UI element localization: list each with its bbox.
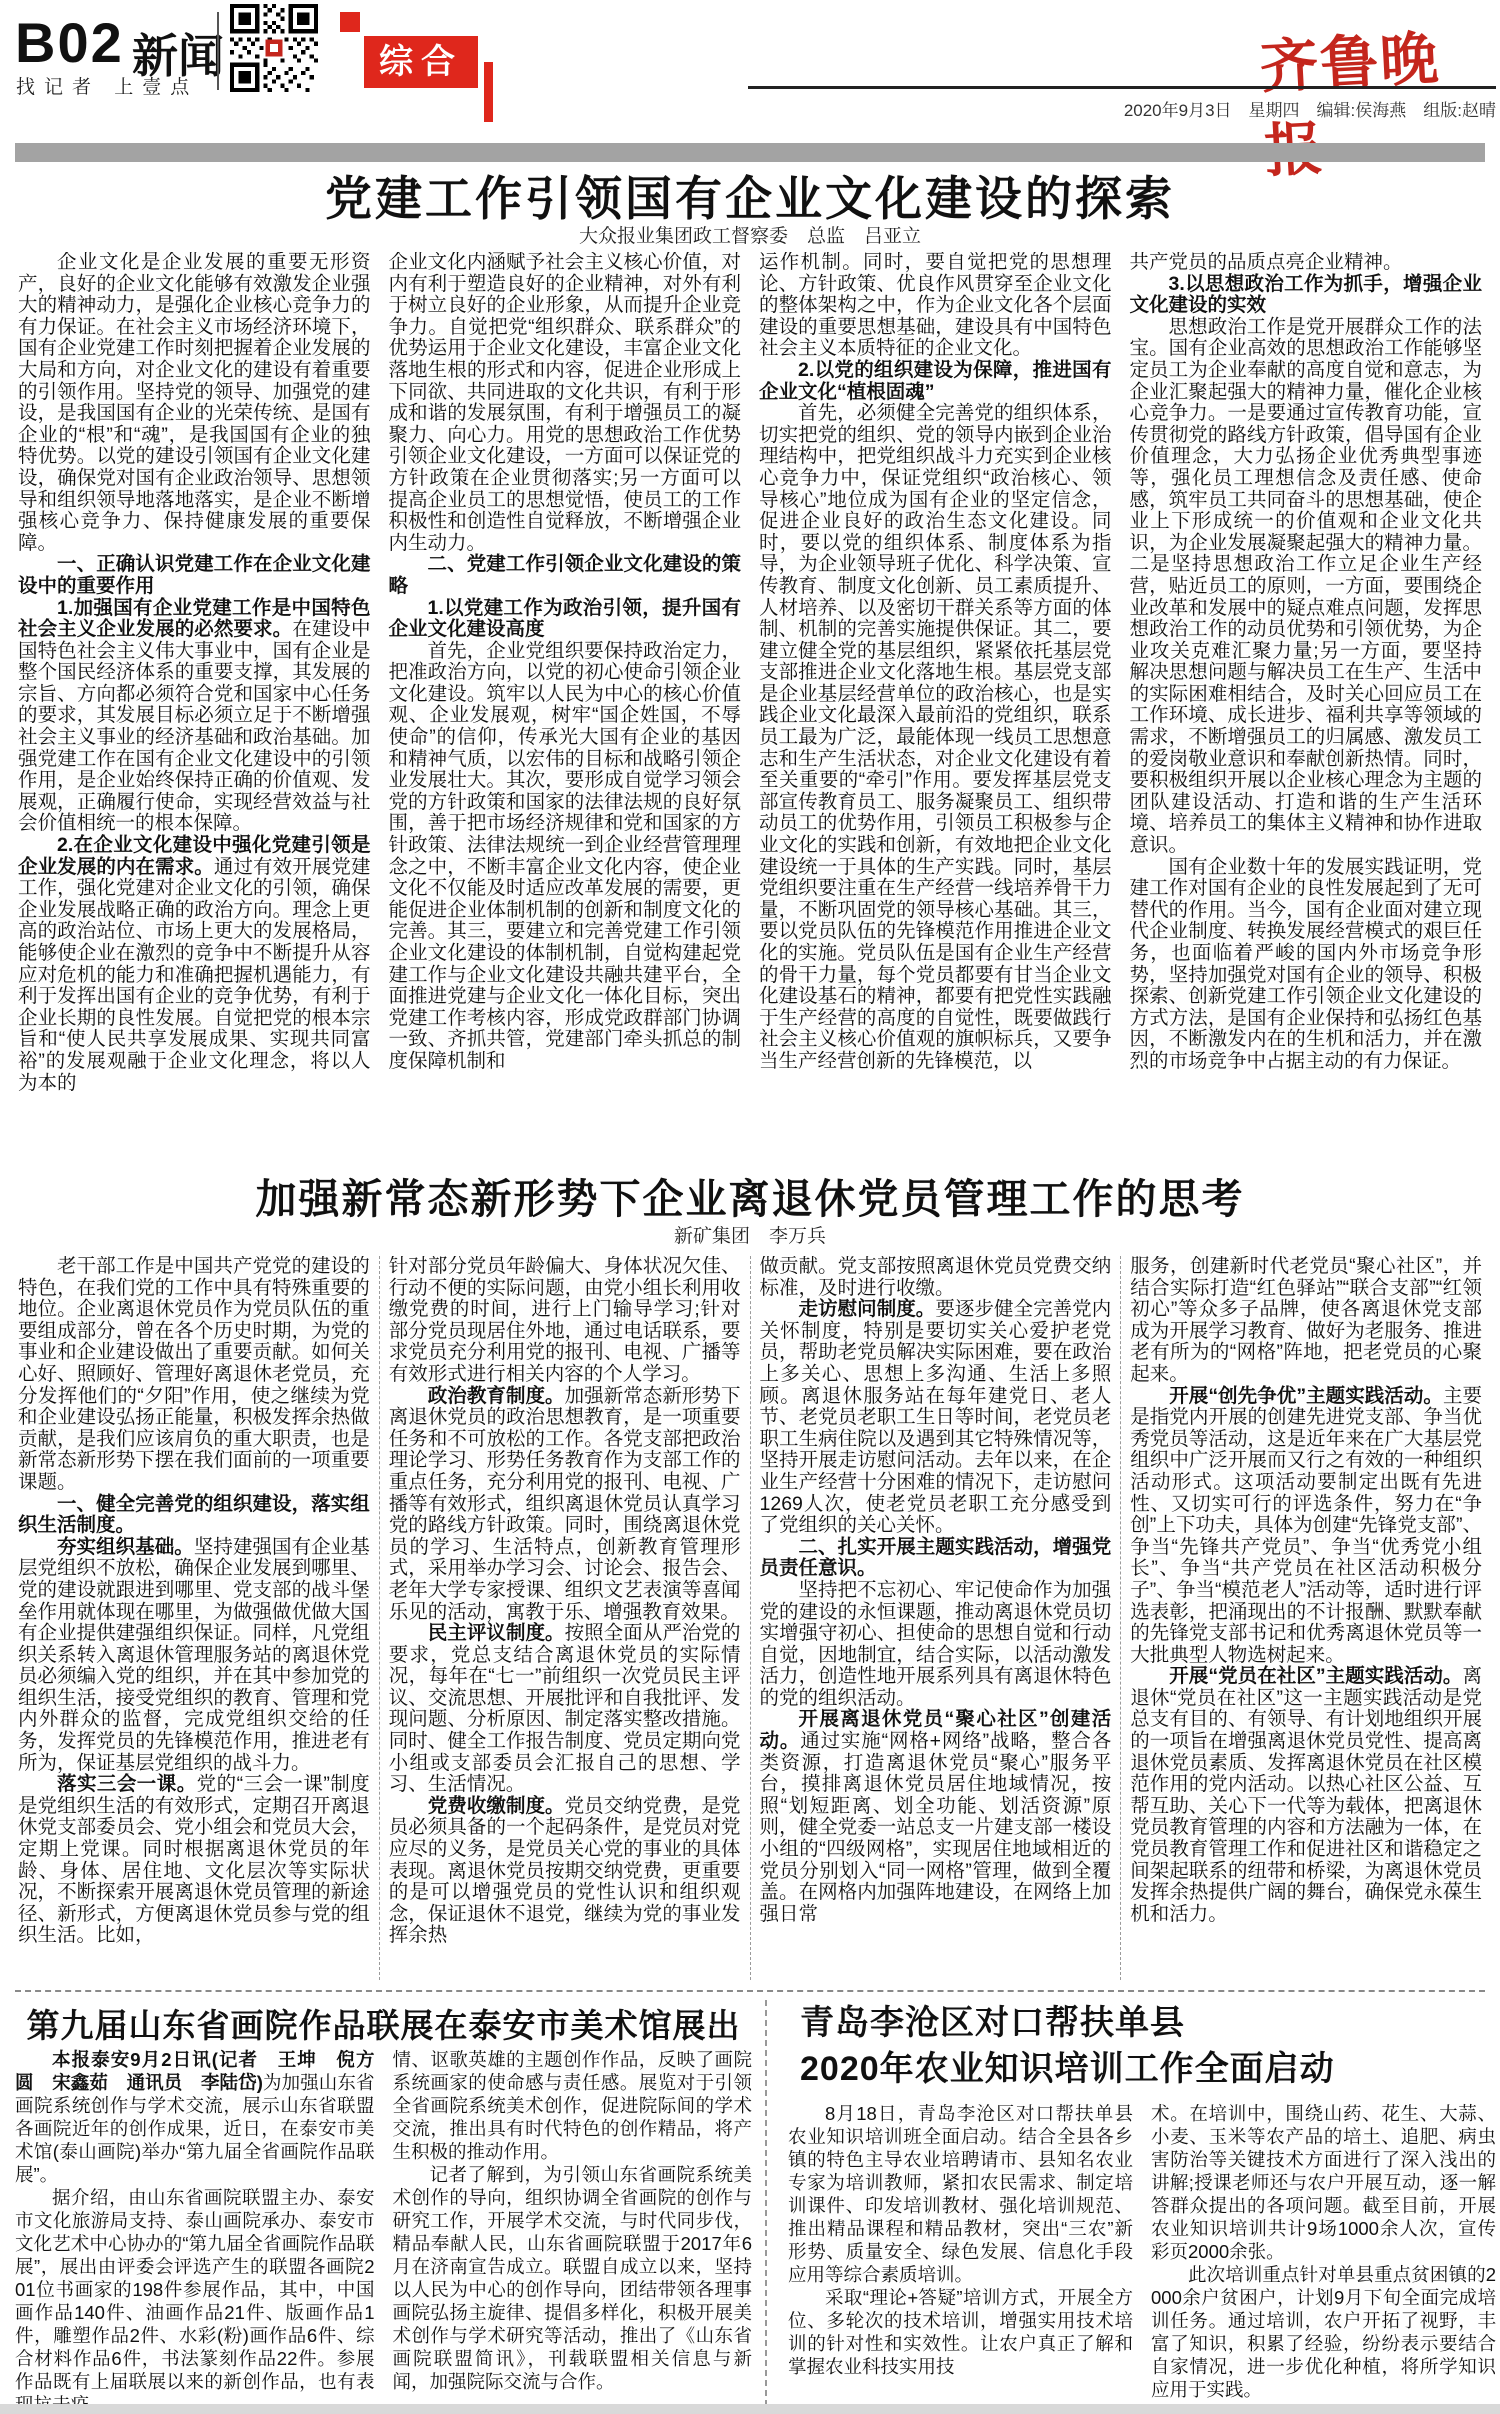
text-column: 做贡献。党支部按照离退休党员党费交纳标准，及时进行收缴。走访慰问制度。要逐步健全… xyxy=(751,1256,1122,1980)
qingdao-title-line2: 2020年农业知识培训工作全面启动 xyxy=(800,2046,1490,2092)
paragraph: 情、讴歌英雄的主题创作作品，反映了画院系统画家的使命感与责任感。展览对于引领全省… xyxy=(393,2048,753,2163)
paragraph: 夯实组织基础。坚持建强国有企业基层党组织不放松，确保企业发展到哪里、党的建设就跟… xyxy=(18,1537,370,1775)
badge-bar-decoration xyxy=(484,62,493,122)
exhibit-article-title: 第九届山东省画院作品联展在泰安市美术馆展出 xyxy=(15,2000,752,2047)
paragraph: 此次培训重点针对单县重点贫困镇的2000余户贫困户，计划9月下旬全面完成培训任务… xyxy=(1151,2263,1496,2401)
paragraph: 老干部工作是中国共产党党的建设的特色，在我们党的工作中具有特殊重要的地位。企业离… xyxy=(18,1256,370,1494)
qingdao-article-title: 青岛李沧区对口帮扶单县 2020年农业知识培训工作全面启动 xyxy=(800,2000,1490,2092)
qr-code-icon xyxy=(230,4,318,92)
paragraph: 据介绍，由山东省画院联盟主办、泰安市文化旅游局支持、泰山画院承办、泰安市文化艺术… xyxy=(15,2186,375,2408)
article1-byline: 大众报业集团政工督察委 总监 吕亚立 xyxy=(0,221,1500,248)
qingdao-article-body: 8月18日，青岛李沧区对口帮扶单县农业知识培训班全面启动。结合全县各乡镇的特色主… xyxy=(788,2102,1496,2406)
section-badge: 综合 xyxy=(364,36,478,88)
paragraph: 走访慰问制度。要逐步健全完善党内关怀制度，特别是要切实关心爱护老党员，帮助老党员… xyxy=(760,1299,1112,1537)
subhead: 一、健全完善党的组织建设，落实组织生活制度。 xyxy=(18,1494,370,1537)
subhead: 2.以党的组织建设为保障，推进国有企业文化“植根固魂” xyxy=(759,360,1112,403)
paragraph: 坚持把不忘初心、牢记使命作为加强党的建设的永恒课题，推动离退休党员切实增强守初心… xyxy=(760,1580,1112,1710)
paragraph: 本报泰安9月2日讯(记者 王坤 倪方圆 宋鑫茹 通讯员 李陆岱)为加强山东省画院… xyxy=(15,2048,375,2186)
paragraph: 共产党员的品质点亮企业精神。 xyxy=(1130,252,1483,274)
paragraph: 记者了解到，为引领山东省画院系统美术创作的导向，组织协调全省画院的创作与研究工作… xyxy=(393,2163,753,2393)
article1-body: 企业文化是企业发展的重要无形资产，良好的企业文化能够有效激发企业强大的精神动力，… xyxy=(18,252,1482,1152)
subhead: 一、正确认识党建工作在企业文化建设中的重要作用 xyxy=(18,554,371,597)
text-column: 8月18日，青岛李沧区对口帮扶单县农业知识培训班全面启动。结合全县各乡镇的特色主… xyxy=(788,2102,1142,2406)
exhibit-article-body: 本报泰安9月2日讯(记者 王坤 倪方圆 宋鑫茹 通讯员 李陆岱)为加强山东省画院… xyxy=(15,2048,752,2408)
paragraph: 民主评议制度。按照全面从严治党的要求，党总支结合离退休党员的实际情况，每年在“七… xyxy=(389,1623,741,1796)
text-column: 企业文化内涵赋予社会主义核心价值，对内有利于塑造良好的企业精神，对外有利于树立良… xyxy=(380,252,751,1152)
text-column: 老干部工作是中国共产党党的建设的特色，在我们党的工作中具有特殊重要的地位。企业离… xyxy=(18,1256,380,1980)
qingdao-title-line1: 青岛李沧区对口帮扶单县 xyxy=(800,2000,1490,2046)
subhead: 二、党建工作引领企业文化建设的策略 xyxy=(389,554,742,597)
text-column: 针对部分党员年龄偏大、身体状况欠佳、行动不便的实际问题，由党小组长利用收缴党费的… xyxy=(380,1256,751,1980)
badge-corner-decoration xyxy=(340,12,360,32)
paragraph: 国有企业数十年的发展实践证明，党建工作对国有企业的良性发展起到了无可替代的作用。… xyxy=(1130,857,1483,1073)
subhead: 二、扎实开展主题实践活动，增强党员责任意识。 xyxy=(760,1537,1112,1580)
paragraph: 首先，企业党组织要保持政治定力，把准政治方向，以党的初心使命引领企业文化建设。筑… xyxy=(389,641,742,1073)
newspaper-page: B02 新闻 xyxy=(0,0,1500,2414)
text-column: 运作机制。同时，要自觉把党的思想理论、方针政策、优良作风贯穿至企业文化的整体架构… xyxy=(750,252,1121,1152)
dateline: 2020年9月3日 星期四 编辑:侯海燕 组版:赵晴 xyxy=(860,96,1496,121)
text-column: 情、讴歌英雄的主题创作作品，反映了画院系统画家的使命感与责任感。展览对于引领全省… xyxy=(384,2048,753,2408)
paragraph: 思想政治工作是党开展群众工作的法宝。国有企业高效的思想政治工作能够坚定员工为企业… xyxy=(1130,317,1483,857)
subhead: 1.以党建工作为政治引领，提升国有企业文化建设高度 xyxy=(389,598,742,641)
dashed-vertical-divider xyxy=(765,2000,767,2406)
paragraph: 运作机制。同时，要自觉把党的思想理论、方针政策、优良作风贯穿至企业文化的整体架构… xyxy=(759,252,1112,360)
text-column: 共产党员的品质点亮企业精神。3.以思想政治工作为抓手，增强企业文化建设的实效思想… xyxy=(1121,252,1483,1152)
paragraph: 开展离退休党员“聚心社区”创建活动。通过实施“网格+网络”战略，整合各类资源，打… xyxy=(760,1709,1112,1925)
paragraph: 术。在培训中，围绕山药、花生、大蒜、小麦、玉米等农产品的培土、追肥、病虫害防治等… xyxy=(1151,2102,1496,2263)
paragraph: 1.加强国有企业党建工作是中国特色社会主义企业发展的必然要求。在建设中国特色社会… xyxy=(18,598,371,836)
article2-byline: 新矿集团 李万兵 xyxy=(0,1221,1500,1248)
article2-title: 加强新常态新形势下企业离退休党员管理工作的思考 xyxy=(0,1166,1500,1225)
dashed-horizontal-divider xyxy=(15,1990,1485,1992)
paragraph: 服务，创建新时代老党员“聚心社区”，并结合实际打造“红色驿站”“联合支部”“红领… xyxy=(1130,1256,1482,1386)
article2-body: 老干部工作是中国共产党党的建设的特色，在我们党的工作中具有特殊重要的地位。企业离… xyxy=(18,1256,1482,1980)
paragraph: 党费收缴制度。党员交纳党费，是党员必须具备的一个起码条件，是党员对党应尽的义务，… xyxy=(389,1796,741,1947)
text-column: 服务，创建新时代老党员“聚心社区”，并结合实际打造“红色驿站”“联合支部”“红领… xyxy=(1121,1256,1482,1980)
gray-separator-bar xyxy=(15,143,1485,162)
text-column: 术。在培训中，围绕山药、花生、大蒜、小麦、玉米等农产品的培土、追肥、病虫害防治等… xyxy=(1142,2102,1496,2406)
paragraph: 针对部分党员年龄偏大、身体状况欠佳、行动不便的实际问题，由党小组长利用收缴党费的… xyxy=(389,1256,741,1386)
page-bottom-edge xyxy=(0,2404,1500,2414)
qr-code-svg xyxy=(230,4,318,92)
header-rule xyxy=(748,86,1496,89)
page-code: B02 xyxy=(15,10,124,75)
tagline: 找记者 上壹点 xyxy=(16,72,198,99)
subhead: 3.以思想政治工作为抓手，增强企业文化建设的实效 xyxy=(1130,274,1483,317)
paragraph: 企业文化内涵赋予社会主义核心价值，对内有利于塑造良好的企业精神，对外有利于树立良… xyxy=(389,252,742,554)
paragraph: 做贡献。党支部按照离退休党员党费交纳标准，及时进行收缴。 xyxy=(760,1256,1112,1299)
paragraph: 开展“创先争优”主题实践活动。主要是指党内开展的创建先进党支部、争当优秀党员等活… xyxy=(1130,1386,1482,1667)
paragraph: 政治教育制度。加强新常态新形势下离退休党员的政治思想教育，是一项重要任务和不可放… xyxy=(389,1386,741,1624)
paragraph: 采取“理论+答疑”培训方式，开展全方位、多轮次的技术培训，增强实用技术培训的针对… xyxy=(788,2286,1133,2378)
text-column: 本报泰安9月2日讯(记者 王坤 倪方圆 宋鑫茹 通讯员 李陆岱)为加强山东省画院… xyxy=(15,2048,384,2408)
paragraph: 企业文化是企业发展的重要无形资产，良好的企业文化能够有效激发企业强大的精神动力，… xyxy=(18,252,371,554)
header-divider xyxy=(217,12,219,90)
paragraph: 落实三会一课。党的“三会一课”制度是党组织生活的有效形式，定期召开离退休党支部委… xyxy=(18,1774,370,1947)
paragraph: 8月18日，青岛李沧区对口帮扶单县农业知识培训班全面启动。结合全县各乡镇的特色主… xyxy=(788,2102,1133,2286)
paragraph: 2.在企业文化建设中强化党建引领是企业发展的内在需求。通过有效开展党建工作，强化… xyxy=(18,835,371,1094)
article1-title: 党建工作引领国有企业文化建设的探索 xyxy=(0,162,1500,229)
text-column: 企业文化是企业发展的重要无形资产，良好的企业文化能够有效激发企业强大的精神动力，… xyxy=(18,252,380,1152)
paragraph: 首先，必须健全完善党的组织体系，切实把党的组织、党的领导内嵌到企业治理结构中，把… xyxy=(759,403,1112,1072)
paragraph: 开展“党员在社区”主题实践活动。离退休“党员在社区”这一主题实践活动是党总支有目… xyxy=(1130,1666,1482,1925)
